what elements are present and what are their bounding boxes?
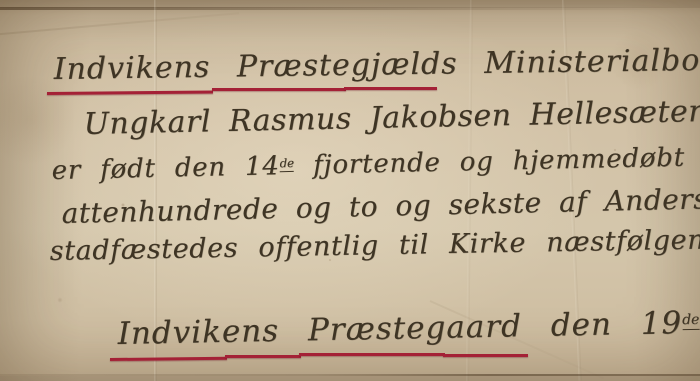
signoff-date-text: den 19 [522,305,683,344]
red-underline-heading [344,87,437,90]
bottom-fold-shadow [0,376,700,381]
heading-rest-text: Ministerialbog [457,43,700,82]
heading-underlined-text: Indvikens Præstegjælds [54,46,458,87]
red-underline-signoff [225,355,301,358]
superscript-ordinal: de [682,312,700,330]
superscript-ordinal: de [279,156,294,172]
red-underline-signoff [443,354,528,357]
red-underline-signoff [299,353,445,356]
document-photo: Indvikens Præstegjælds Ministerialbogu U… [0,0,700,381]
line3-pre-text: er født den 14 [51,151,280,186]
red-underline-heading [212,88,346,91]
